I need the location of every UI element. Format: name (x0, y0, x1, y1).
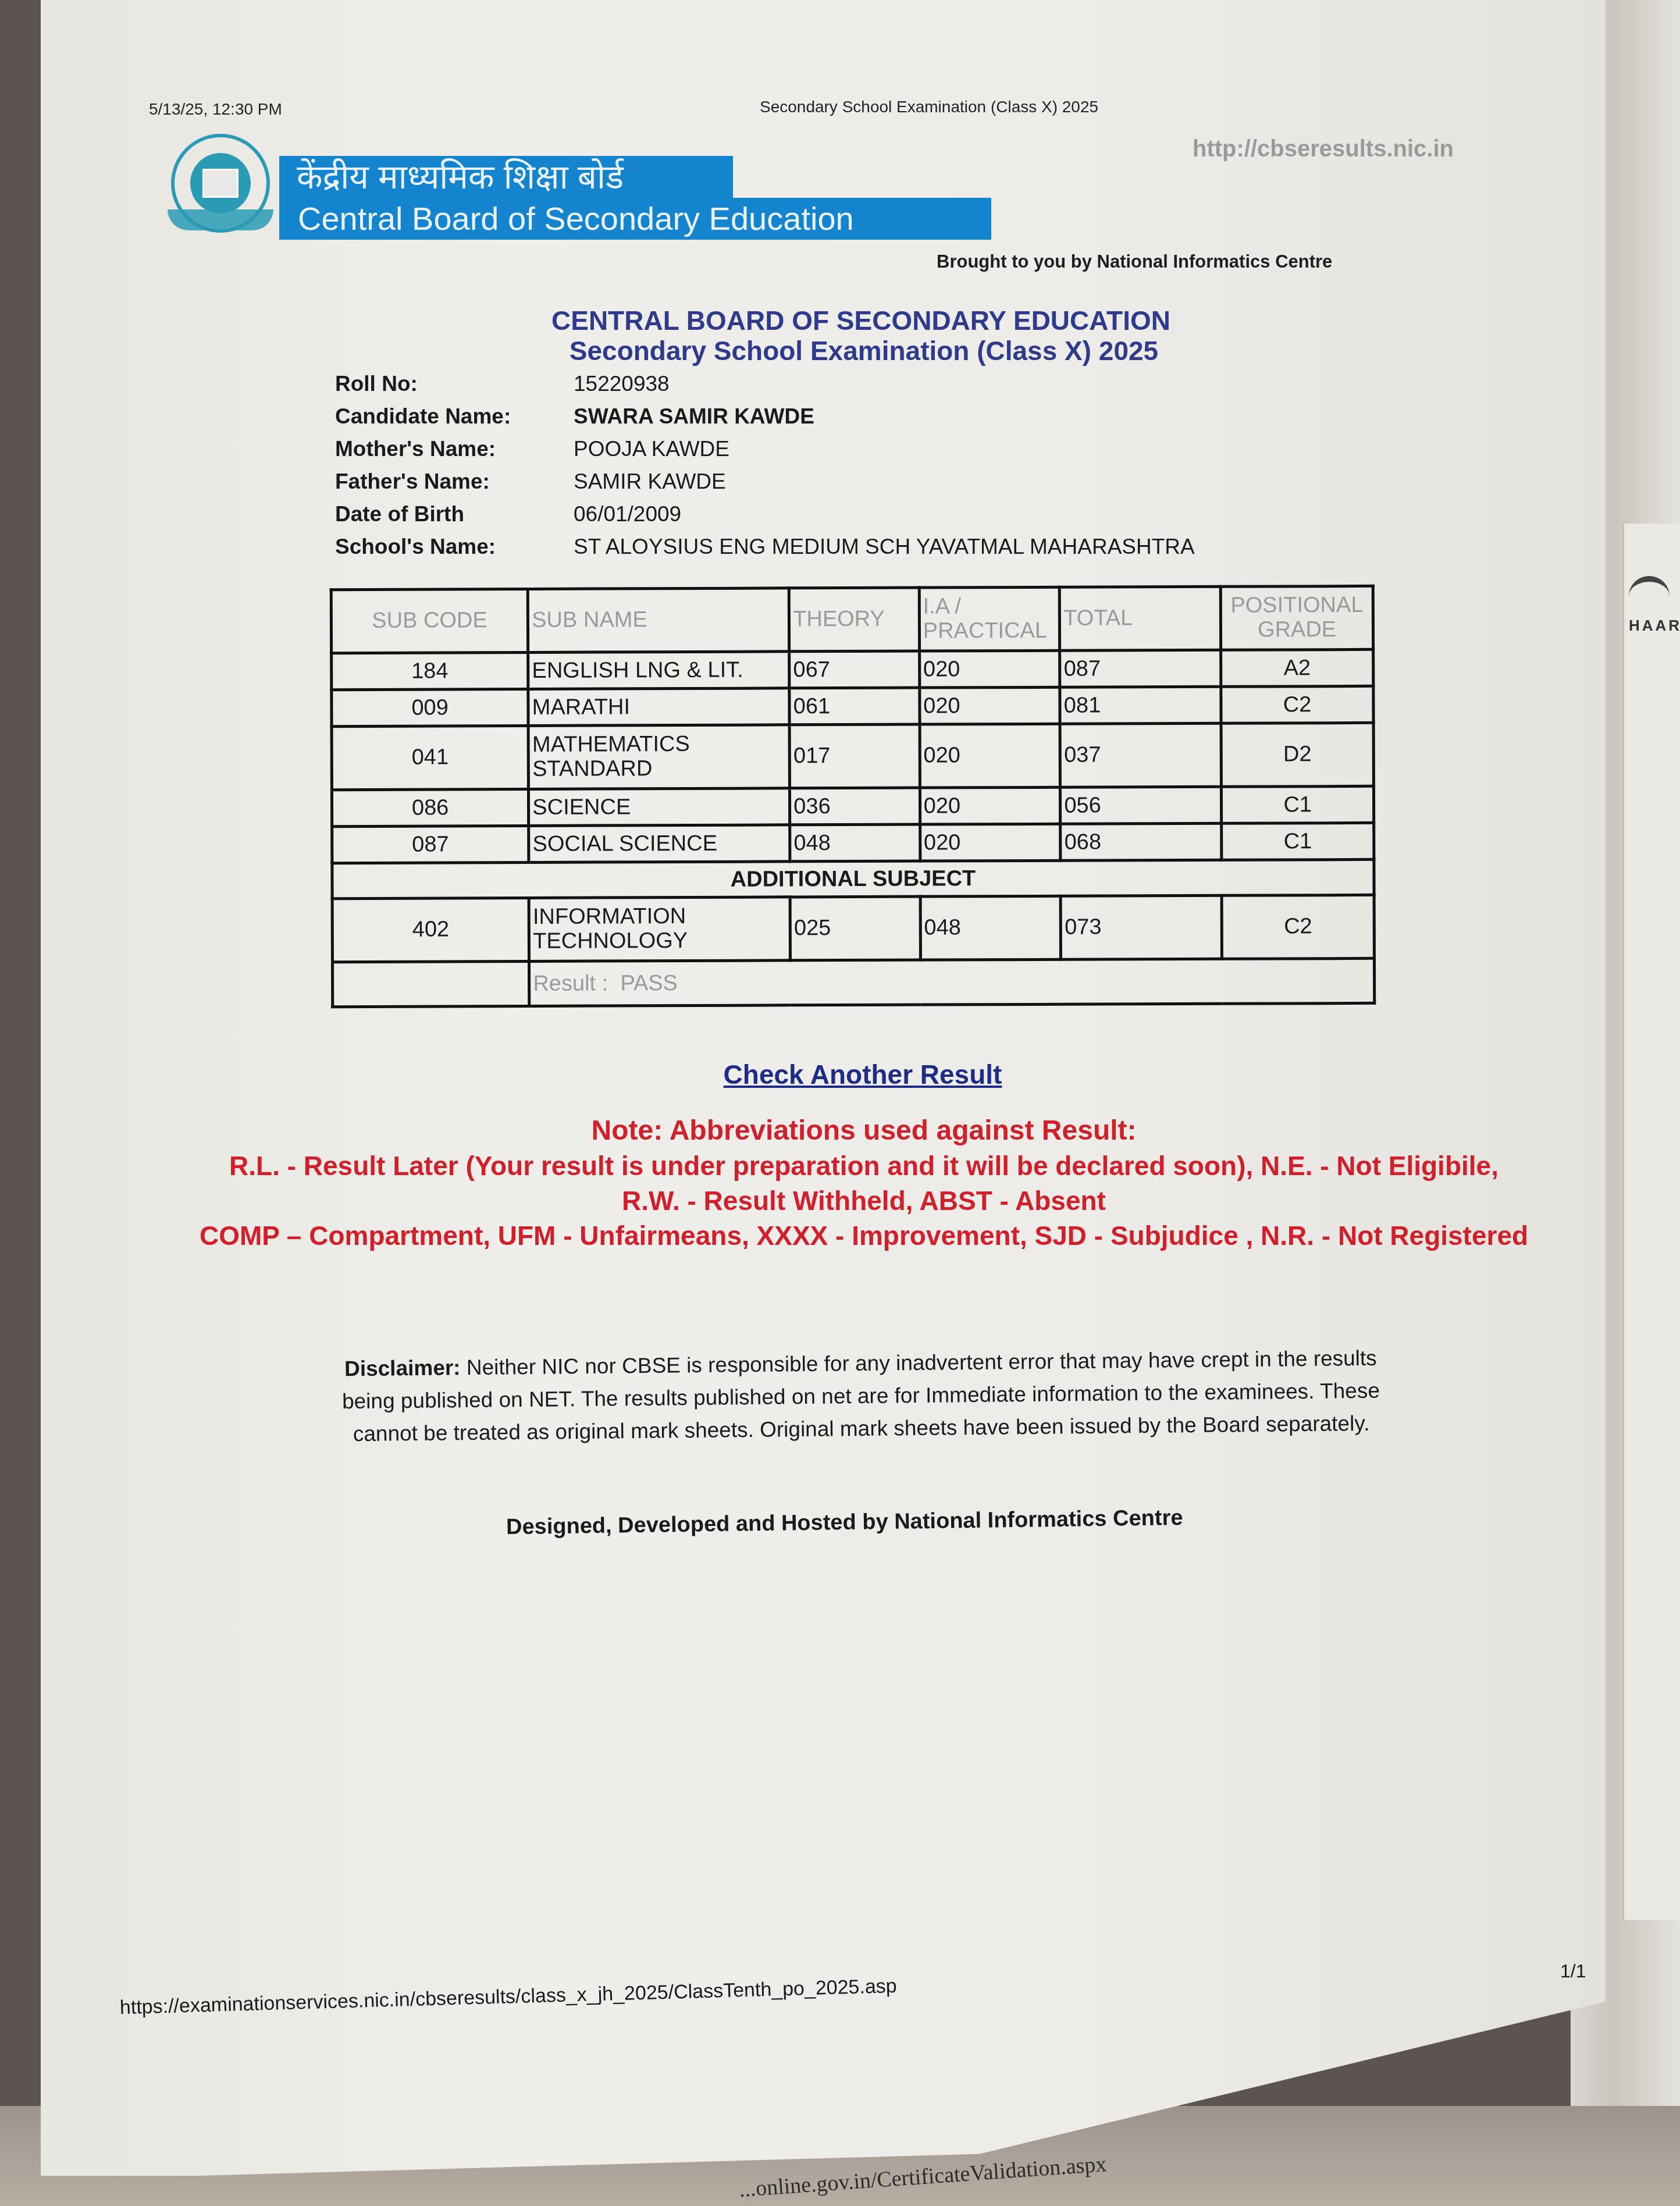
brought-by-text: Brought to you by National Informatics C… (937, 251, 1332, 272)
practical-cell: 020 (920, 724, 1060, 788)
sub-name-cell: ENGLISH LNG & LIT. (528, 652, 789, 689)
practical-cell: 048 (920, 896, 1061, 960)
practical-cell: 020 (919, 650, 1060, 688)
sub-code-cell: 086 (332, 789, 528, 826)
check-another-result-link[interactable]: Check Another Result (41, 1059, 1680, 1090)
info-value: ST ALOYSIUS ENG MEDIUM SCH YAVATMAL MAHA… (574, 535, 1195, 559)
info-label: Father's Name: (335, 469, 574, 494)
grade-cell: C2 (1221, 686, 1373, 723)
additional-subject-label: ADDITIONAL SUBJECT (332, 859, 1374, 898)
header-sub-name: SUB NAME (528, 588, 789, 653)
banner-english: Central Board of Secondary Education (279, 198, 991, 240)
result-row: Result : PASS (332, 958, 1374, 1006)
result-empty-cell (332, 961, 529, 1006)
info-label: Candidate Name: (335, 404, 574, 429)
theory-cell: 025 (790, 896, 920, 960)
site-url[interactable]: http://cbseresults.nic.in (1193, 136, 1454, 162)
disclaimer-text: Neither NIC nor CBSE is responsible for … (342, 1346, 1380, 1446)
header-grade: POSITIONAL GRADE (1220, 586, 1373, 650)
nic-credit: Designed, Developed and Hosted by Nation… (506, 1506, 1183, 1540)
disclaimer: Disclaimer: Neither NIC nor CBSE is resp… (331, 1342, 1391, 1450)
marks-row: 086SCIENCE036020056C1 (332, 786, 1373, 826)
theory-cell: 017 (789, 724, 920, 788)
sub-name-cell: SCIENCE (529, 788, 790, 826)
info-value: POOJA KAWDE (574, 437, 729, 461)
total-cell: 037 (1060, 723, 1221, 787)
info-label: Date of Birth (335, 502, 574, 526)
result-status: PASS (620, 971, 678, 995)
sub-code-cell: 087 (332, 826, 529, 863)
sub-name-cell: INFORMATION TECHNOLOGY (529, 897, 790, 962)
print-datetime: 5/13/25, 12:30 PM (149, 100, 282, 119)
sub-code-cell: 184 (332, 652, 528, 689)
info-value: 15220938 (574, 372, 670, 396)
candidate-info-row: Date of Birth06/01/2009 (335, 498, 1195, 531)
info-value: SAMIR KAWDE (574, 469, 726, 494)
grade-cell: D2 (1221, 723, 1373, 787)
grade-cell: C1 (1222, 823, 1374, 860)
theory-cell: 061 (789, 688, 920, 725)
print-page-title: Secondary School Examination (Class X) 2… (760, 98, 1098, 116)
marks-row: 402INFORMATION TECHNOLOGY025048073C2 (332, 895, 1374, 962)
additional-subject-row: ADDITIONAL SUBJECT (332, 859, 1374, 898)
marks-row: 041MATHEMATICS STANDARD017020037D2 (332, 723, 1373, 789)
candidate-info-row: School's Name:ST ALOYSIUS ENG MEDIUM SCH… (335, 531, 1195, 563)
note-title: Note: Abbreviations used against Result: (128, 1113, 1600, 1148)
info-label: Roll No: (335, 372, 574, 396)
header-theory: THEORY (789, 588, 920, 652)
total-cell: 068 (1060, 823, 1222, 860)
wireless-waves-icon (1629, 576, 1670, 617)
marks-row: 009MARATHI061020081C2 (332, 686, 1373, 726)
note-line: R.W. - Result Withheld, ABST - Absent (128, 1183, 1600, 1218)
background-sheet-text: HAAR (1629, 617, 1680, 635)
result-label: Result : (533, 971, 608, 995)
total-cell: 073 (1060, 895, 1222, 959)
practical-cell: 020 (920, 787, 1060, 824)
banner-hindi: केंद्रीय माध्यमिक शिक्षा बोर्ड (279, 156, 733, 199)
candidate-info-row: Mother's Name:POOJA KAWDE (335, 433, 1195, 465)
theory-cell: 067 (789, 651, 920, 688)
note-line: COMP – Compartment, UFM - Unfairmeans, X… (128, 1218, 1600, 1253)
info-label: School's Name: (335, 535, 574, 559)
result-heading: CENTRAL BOARD OF SECONDARY EDUCATION (41, 305, 1680, 336)
candidate-info-row: Father's Name:SAMIR KAWDE (335, 465, 1195, 498)
sub-code-cell: 009 (332, 689, 528, 726)
grade-cell: A2 (1221, 649, 1373, 686)
sub-code-cell: 041 (332, 725, 529, 789)
marks-row: 184ENGLISH LNG & LIT.067020087A2 (332, 649, 1373, 689)
result-subheading: Secondary School Examination (Class X) 2… (41, 335, 1680, 367)
sub-name-cell: SOCIAL SCIENCE (529, 825, 790, 863)
marks-header-row: SUB CODE SUB NAME THEORY I.A / PRACTICAL… (331, 586, 1373, 653)
theory-cell: 036 (790, 788, 920, 825)
candidate-info-row: Candidate Name:SWARA SAMIR KAWDE (335, 400, 1195, 433)
candidate-info: Roll No:15220938Candidate Name:SWARA SAM… (335, 368, 1195, 563)
abbreviations-note: Note: Abbreviations used against Result:… (128, 1113, 1600, 1253)
header-total: TOTAL (1060, 586, 1221, 650)
grade-cell: C2 (1222, 895, 1374, 959)
result-cell: Result : PASS (529, 958, 1375, 1006)
total-cell: 081 (1060, 686, 1221, 724)
sub-name-cell: MARATHI (528, 688, 789, 726)
marks-table: SUB CODE SUB NAME THEORY I.A / PRACTICAL… (330, 585, 1376, 1008)
printed-result-page: 5/13/25, 12:30 PM Secondary School Exami… (41, 0, 1606, 2176)
marks-row: 087SOCIAL SCIENCE048020068C1 (332, 823, 1374, 863)
print-footer-url: https://examinationservices.nic.in/cbser… (119, 1975, 897, 2019)
logo-emblem (190, 153, 251, 214)
book-icon (202, 169, 239, 198)
info-value: SWARA SAMIR KAWDE (574, 404, 814, 429)
sub-code-cell: 402 (332, 898, 529, 962)
total-cell: 087 (1060, 650, 1221, 687)
practical-cell: 020 (920, 687, 1060, 724)
sub-name-cell: MATHEMATICS STANDARD (528, 725, 789, 789)
theory-cell: 048 (790, 824, 920, 862)
grade-cell: C1 (1222, 786, 1374, 823)
page-number: 1/1 (1560, 1961, 1586, 1982)
practical-cell: 020 (920, 824, 1060, 861)
info-label: Mother's Name: (335, 437, 574, 461)
header-sub-code: SUB CODE (331, 589, 528, 653)
header-practical: I.A / PRACTICAL (919, 587, 1060, 651)
note-line: R.L. - Result Later (Your result is unde… (128, 1148, 1600, 1183)
background-paper-edge (1623, 524, 1680, 1920)
disclaimer-label: Disclaimer: (344, 1355, 461, 1380)
logo-ribbon (168, 209, 273, 230)
total-cell: 056 (1060, 787, 1222, 824)
info-value: 06/01/2009 (574, 502, 681, 526)
candidate-info-row: Roll No:15220938 (335, 368, 1195, 400)
